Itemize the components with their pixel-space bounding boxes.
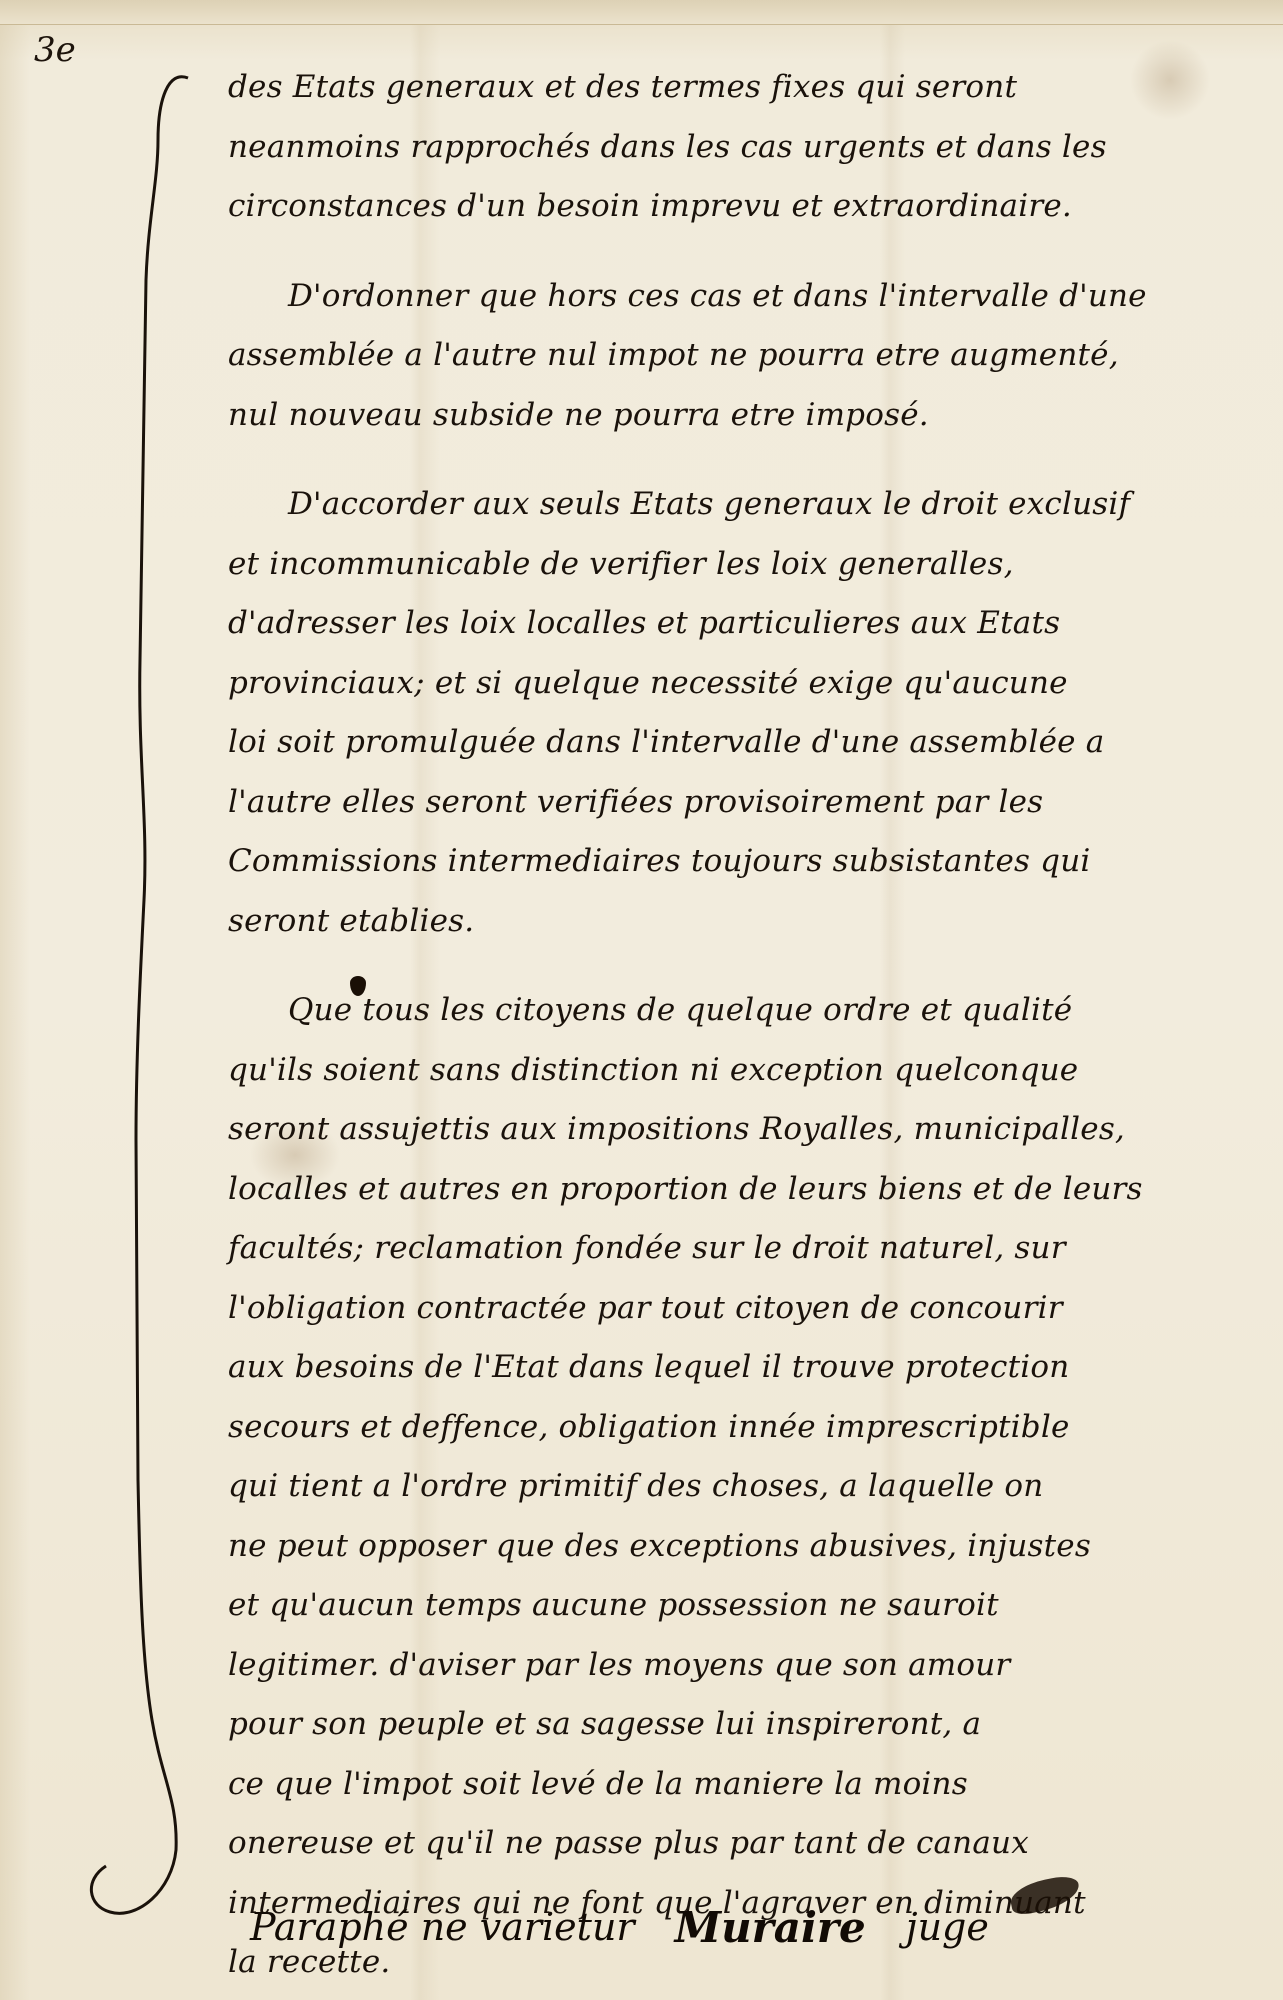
text-line: l'autre elles seront verifiées provisoir… xyxy=(228,773,1258,833)
text-line: assemblée a l'autre nul impot ne pourra … xyxy=(228,326,1258,386)
text-line: secours et deffence, obligation innée im… xyxy=(228,1398,1258,1458)
text-line: localles et autres en proportion de leur… xyxy=(228,1160,1258,1220)
text-line: ne peut opposer que des exceptions abusi… xyxy=(228,1517,1258,1577)
text-line: ce que l'impot soit levé de la maniere l… xyxy=(228,1755,1258,1815)
paraph-note: Paraphé ne varietur xyxy=(250,1905,635,1949)
text-line: l'obligation contractée par tout citoyen… xyxy=(228,1279,1258,1339)
text-line: d'adresser les loix localles et particul… xyxy=(228,594,1258,654)
text-line: onereuse et qu'il ne passe plus par tant… xyxy=(228,1814,1258,1874)
text-line: D'ordonner que hors ces cas et dans l'in… xyxy=(228,267,1258,327)
signature-line: Paraphé ne varietur Muraire juge xyxy=(250,1882,1260,1972)
text-line: et qu'aucun temps aucune possession ne s… xyxy=(228,1576,1258,1636)
paragraph-3: D'accorder aux seuls Etats generaux le d… xyxy=(228,475,1258,951)
text-line: seront etablies. xyxy=(228,892,1258,952)
text-line: circonstances d'un besoin imprevu et ext… xyxy=(228,177,1258,237)
text-line: pour son peuple et sa sagesse lui inspir… xyxy=(228,1695,1258,1755)
text-line: et incommunicable de verifier les loix g… xyxy=(228,535,1258,595)
text-line: neanmoins rapprochés dans les cas urgent… xyxy=(228,118,1258,178)
text-line: D'accorder aux seuls Etats generaux le d… xyxy=(228,475,1258,535)
text-line: legitimer. d'aviser par les moyens que s… xyxy=(228,1636,1258,1696)
text-line: nul nouveau subside ne pourra etre impos… xyxy=(228,386,1258,446)
text-line: Que tous les citoyens de quelque ordre e… xyxy=(228,981,1258,1041)
top-fold-edge xyxy=(0,0,1283,25)
text-line: seront assujettis aux impositions Royall… xyxy=(228,1100,1258,1160)
signature-name: Muraire xyxy=(675,1903,866,1952)
text-line: qu'ils soient sans distinction ni except… xyxy=(228,1041,1258,1101)
manuscript-page: 3e des Etats generaux et des termes fixe… xyxy=(0,0,1283,2000)
text-line: aux besoins de l'Etat dans lequel il tro… xyxy=(228,1338,1258,1398)
paragraph-1: des Etats generaux et des termes fixes q… xyxy=(228,58,1258,237)
margin-bracket xyxy=(40,60,200,1940)
signature-title: juge xyxy=(906,1905,989,1949)
paragraph-4: Que tous les citoyens de quelque ordre e… xyxy=(228,981,1258,1993)
text-line: provinciaux; et si quelque necessité exi… xyxy=(228,654,1258,714)
paragraph-2: D'ordonner que hors ces cas et dans l'in… xyxy=(228,267,1258,446)
text-line: des Etats generaux et des termes fixes q… xyxy=(228,58,1258,118)
text-line: loi soit promulguée dans l'intervalle d'… xyxy=(228,713,1258,773)
text-line: Commissions intermediaires toujours subs… xyxy=(228,832,1258,892)
text-line: facultés; reclamation fondée sur le droi… xyxy=(228,1219,1258,1279)
text-line: qui tient a l'ordre primitif des choses,… xyxy=(228,1457,1258,1517)
manuscript-body: des Etats generaux et des termes fixes q… xyxy=(228,58,1258,1993)
